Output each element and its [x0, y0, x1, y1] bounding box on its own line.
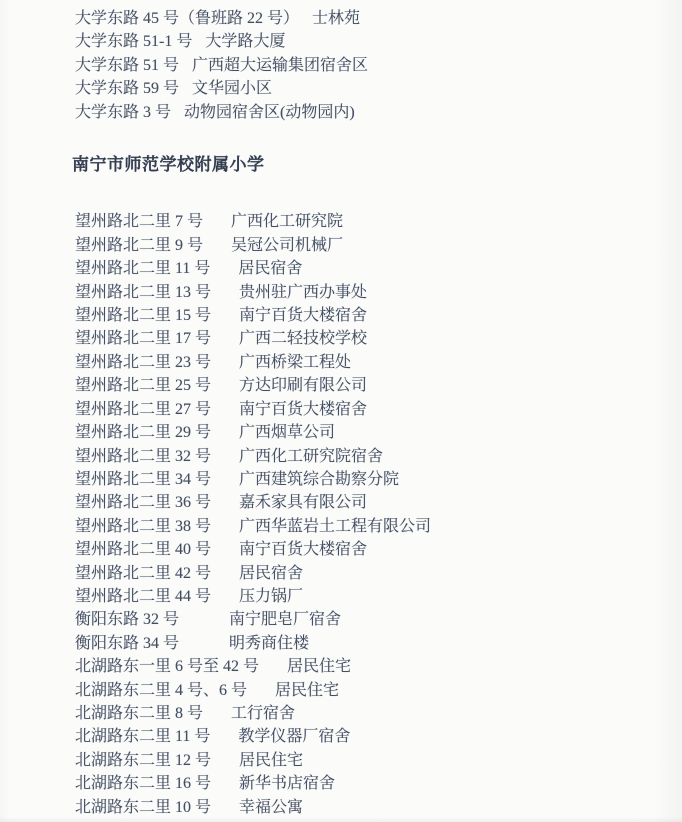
place-name: 广西化工研究院 [231, 210, 343, 233]
school-district-address-list: 望州路北二里 7 号 广西化工研究院 望州路北二里 9 号 吴冠公司机械厂 望州… [75, 210, 682, 819]
address-row: 望州路北二里 38 号 广西华蓝岩土工程有限公司 [75, 515, 682, 538]
place-name: 居民住宅 [239, 749, 303, 772]
address-row: 望州路北二里 11 号 居民宿舍 [75, 257, 682, 280]
place-name: 居民住宅 [275, 679, 339, 702]
address-row: 望州路北二里 36 号 嘉禾家具有限公司 [75, 491, 682, 514]
street-address: 望州路北二里 13 号 [75, 281, 211, 304]
place-name: 广西超大运输集团宿舍区 [192, 54, 368, 77]
address-row: 衡阳东路 34 号 明秀商住楼 [75, 632, 682, 655]
street-address: 望州路北二里 27 号 [75, 398, 211, 421]
place-name: 明秀商住楼 [229, 632, 309, 655]
place-name: 嘉禾家具有限公司 [239, 491, 367, 514]
place-name: 文华园小区 [192, 77, 272, 100]
street-address: 望州路北二里 29 号 [75, 421, 211, 444]
place-name: 广西华蓝岩土工程有限公司 [239, 515, 431, 538]
place-name: 居民宿舍 [238, 257, 302, 280]
place-name: 方达印刷有限公司 [239, 374, 367, 397]
street-address: 北湖路东一里 6 号至 42 号 [75, 655, 259, 678]
street-address: 衡阳东路 34 号 [75, 632, 201, 655]
street-address: 望州路北二里 34 号 [75, 468, 211, 491]
street-address: 望州路北二里 38 号 [75, 515, 211, 538]
place-name: 广西二轻技校学校 [239, 327, 367, 350]
address-row: 望州路北二里 7 号 广西化工研究院 [75, 210, 682, 233]
street-address: 望州路北二里 17 号 [75, 327, 211, 350]
address-row: 大学东路 3 号 动物园宿舍区(动物园内) [75, 101, 682, 124]
address-row: 大学东路 59 号 文华园小区 [75, 77, 682, 100]
street-address: 望州路北二里 11 号 [75, 257, 210, 280]
address-row: 北湖路东二里 12 号 居民住宅 [75, 749, 682, 772]
street-address: 望州路北二里 40 号 [75, 538, 211, 561]
address-row: 望州路北二里 44 号 压力锅厂 [75, 585, 682, 608]
street-address: 北湖路东二里 12 号 [75, 749, 211, 772]
address-row: 望州路北二里 13 号 贵州驻广西办事处 [75, 281, 682, 304]
address-row: 大学东路 51 号 广西超大运输集团宿舍区 [75, 54, 682, 77]
street-address: 望州路北二里 42 号 [75, 562, 211, 585]
school-heading: 南宁市师范学校附属小学 [72, 153, 682, 176]
street-address: 衡阳东路 32 号 [75, 608, 201, 631]
street-address: 望州路北二里 36 号 [75, 491, 211, 514]
place-name: 新华书店宿舍 [239, 772, 335, 795]
address-row: 北湖路东二里 8 号 工行宿舍 [75, 702, 682, 725]
street-address: 望州路北二里 9 号 [75, 234, 203, 257]
street-address: 北湖路东二里 10 号 [75, 796, 211, 819]
place-name: 南宁肥皂厂宿舍 [229, 608, 341, 631]
address-row: 望州路北二里 40 号 南宁百货大楼宿舍 [75, 538, 682, 561]
place-name: 压力锅厂 [239, 585, 303, 608]
address-row: 北湖路东二里 10 号 幸福公寓 [75, 796, 682, 819]
place-name: 广西桥梁工程处 [239, 351, 351, 374]
address-row: 望州路北二里 29 号 广西烟草公司 [75, 421, 682, 444]
street-address: 大学东路 59 号 [75, 77, 179, 100]
place-name: 士林苑 [312, 7, 360, 30]
place-name: 广西化工研究院宿舍 [239, 445, 383, 468]
place-name: 贵州驻广西办事处 [239, 281, 367, 304]
address-row: 北湖路东一里 6 号至 42 号 居民住宅 [75, 655, 682, 678]
address-row: 大学东路 51-1 号 大学路大厦 [75, 30, 682, 53]
place-name: 吴冠公司机械厂 [231, 234, 343, 257]
street-address: 望州路北二里 25 号 [75, 374, 211, 397]
address-row: 北湖路东二里 16 号 新华书店宿舍 [75, 772, 682, 795]
street-address: 北湖路东二里 8 号 [75, 702, 203, 725]
place-name: 广西建筑综合勘察分院 [239, 468, 399, 491]
address-row: 望州路北二里 27 号 南宁百货大楼宿舍 [75, 398, 682, 421]
street-address: 北湖路东二里 16 号 [75, 772, 211, 795]
address-row: 衡阳东路 32 号 南宁肥皂厂宿舍 [75, 608, 682, 631]
street-address: 大学东路 51 号 [75, 54, 179, 77]
place-name: 居民住宅 [287, 655, 351, 678]
place-name: 幸福公寓 [239, 796, 303, 819]
address-row: 望州路北二里 34 号 广西建筑综合勘察分院 [75, 468, 682, 491]
place-name: 广西烟草公司 [239, 421, 335, 444]
street-address: 北湖路东二里 4 号、6 号 [75, 679, 247, 702]
place-name: 南宁百货大楼宿舍 [239, 304, 367, 327]
street-address: 望州路北二里 7 号 [75, 210, 203, 233]
daxue-donglu-address-list: 大学东路 45 号（鲁班路 22 号） 士林苑 大学东路 51-1 号 大学路大… [75, 7, 682, 124]
street-address: 北湖路东二里 11 号 [75, 725, 210, 748]
place-name: 动物园宿舍区(动物园内) [184, 101, 355, 124]
place-name: 南宁百货大楼宿舍 [239, 398, 367, 421]
address-row: 望州路北二里 15 号 南宁百货大楼宿舍 [75, 304, 682, 327]
street-address: 望州路北二里 15 号 [75, 304, 211, 327]
address-row: 望州路北二里 42 号 居民宿舍 [75, 562, 682, 585]
scanned-document-page: 大学东路 45 号（鲁班路 22 号） 士林苑 大学东路 51-1 号 大学路大… [0, 0, 682, 822]
street-address: 大学东路 45 号（鲁班路 22 号） [75, 7, 299, 30]
street-address: 望州路北二里 44 号 [75, 585, 211, 608]
place-name: 南宁百货大楼宿舍 [239, 538, 367, 561]
address-row: 望州路北二里 23 号 广西桥梁工程处 [75, 351, 682, 374]
place-name: 工行宿舍 [231, 702, 295, 725]
place-name: 大学路大厦 [205, 30, 285, 53]
street-address: 大学东路 3 号 [75, 101, 171, 124]
address-row: 望州路北二里 25 号 方达印刷有限公司 [75, 374, 682, 397]
street-address: 望州路北二里 23 号 [75, 351, 211, 374]
address-row: 北湖路东二里 4 号、6 号 居民住宅 [75, 679, 682, 702]
street-address: 望州路北二里 32 号 [75, 445, 211, 468]
address-row: 望州路北二里 32 号 广西化工研究院宿舍 [75, 445, 682, 468]
address-row: 望州路北二里 9 号 吴冠公司机械厂 [75, 234, 682, 257]
address-row: 望州路北二里 17 号 广西二轻技校学校 [75, 327, 682, 350]
address-row: 北湖路东二里 11 号 教学仪器厂宿舍 [75, 725, 682, 748]
place-name: 教学仪器厂宿舍 [238, 725, 350, 748]
street-address: 大学东路 51-1 号 [75, 30, 192, 53]
address-row: 大学东路 45 号（鲁班路 22 号） 士林苑 [75, 7, 682, 30]
place-name: 居民宿舍 [239, 562, 303, 585]
